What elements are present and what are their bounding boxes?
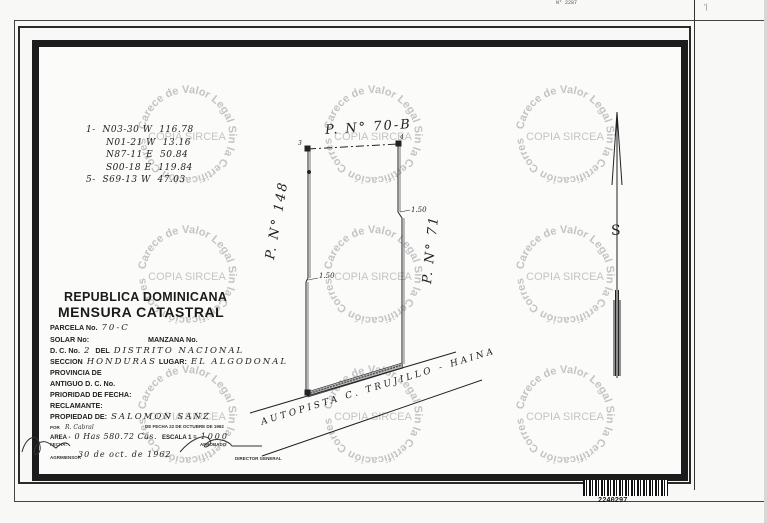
survey-sheet: N° 2287 '| Carece de Valor Legal Sin la … (0, 0, 767, 523)
signatures (0, 0, 767, 523)
barcode-number: 2240297 (598, 497, 627, 505)
barcode (583, 480, 668, 496)
